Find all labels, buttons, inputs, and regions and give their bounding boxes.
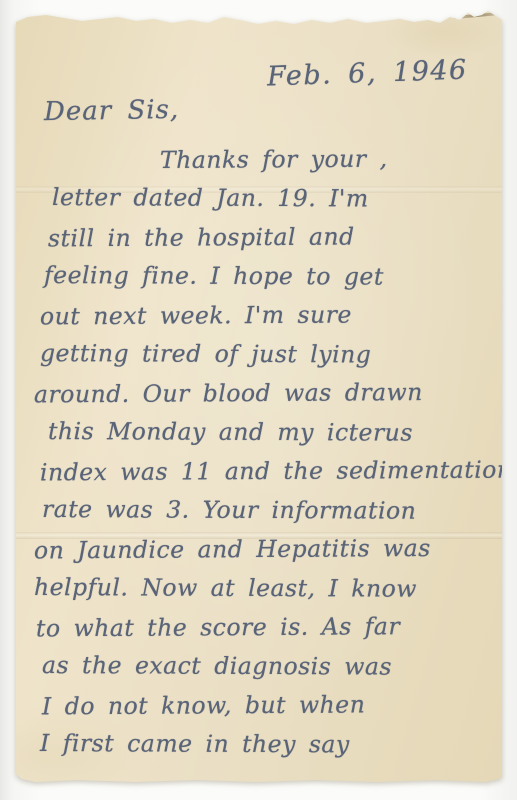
letter-line: this Monday and my icterus xyxy=(48,412,496,453)
letter-line: out next week. I'm sure xyxy=(40,295,496,337)
letter-content: Feb. 6, 1946 Dear Sis, Thanks for your ,… xyxy=(16,8,502,786)
letter-line: feeling fine. I hope to get xyxy=(44,256,496,297)
letter-line: letter dated Jan. 19. I'm xyxy=(52,178,496,219)
letter-date: Feb. 6, 1946 xyxy=(267,55,469,93)
letter-line: helpful. Now at least, I know xyxy=(34,568,496,609)
letter-line: rate was 3. Your information xyxy=(42,490,496,531)
letter-line: Thanks for your , xyxy=(160,139,496,180)
letter-salutation: Dear Sis, xyxy=(44,95,180,127)
letter-line: getting tired of just lying xyxy=(40,334,496,375)
letter-body: Thanks for your , letter dated Jan. 19. … xyxy=(32,140,496,764)
letter-line: I do not know, but when xyxy=(42,685,496,727)
letter-line: still in the hospital and xyxy=(48,217,496,259)
letter-line: index was 11 and the sedimentation xyxy=(40,451,496,493)
letter-line: around. Our blood was drawn xyxy=(34,373,496,415)
letter-paper: Feb. 6, 1946 Dear Sis, Thanks for your ,… xyxy=(16,8,502,786)
letter-line: to what the score is. As far xyxy=(36,607,496,649)
letter-line: I first came in they say xyxy=(40,724,496,765)
scanned-letter: Feb. 6, 1946 Dear Sis, Thanks for your ,… xyxy=(0,0,517,800)
paper-sheet: Feb. 6, 1946 Dear Sis, Thanks for your ,… xyxy=(16,8,502,786)
letter-line: on Jaundice and Hepatitis was xyxy=(34,529,496,571)
letter-line: as the exact diagnosis was xyxy=(42,646,496,687)
